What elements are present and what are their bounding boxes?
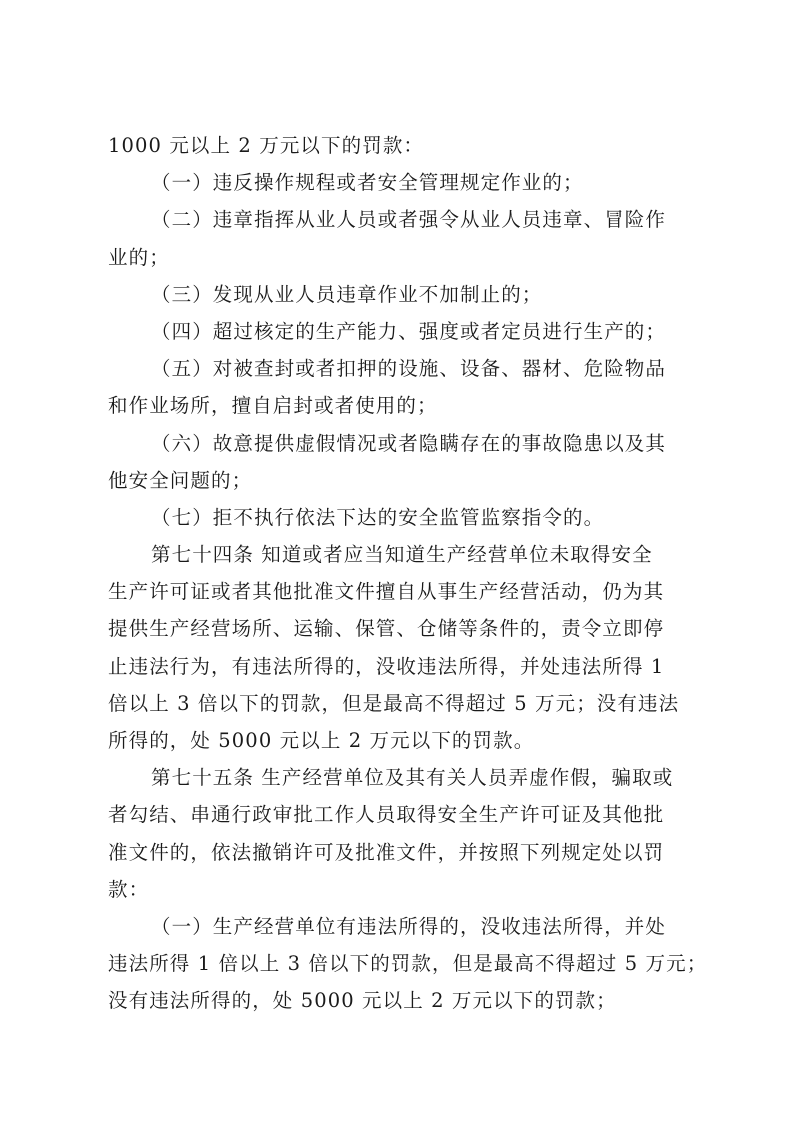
article-74-line-3: 提供生产经营场所、运输、保管、仓储等条件的，责令立即停 bbox=[108, 610, 690, 647]
list-item-7: （七）拒不执行依法下达的安全监管监察指令的。 bbox=[108, 499, 690, 536]
article-75-item-1-cont-1: 违法所得 1 倍以上 3 倍以下的罚款，但是最高不得超过 5 万元； bbox=[108, 945, 690, 982]
article-75-item-1-cont-2: 没有违法所得的，处 5000 元以上 2 万元以下的罚款； bbox=[108, 982, 690, 1019]
article-74-line-2: 生产许可证或者其他批准文件擅自从事生产经营活动，仍为其 bbox=[108, 573, 690, 610]
list-item-1: （一）违反操作规程或者安全管理规定作业的； bbox=[108, 164, 690, 201]
article-74-line-1: 第七十四条 知道或者应当知道生产经营单位未取得安全 bbox=[108, 536, 690, 573]
article-74-line-6: 所得的，处 5000 元以上 2 万元以下的罚款。 bbox=[108, 722, 690, 759]
article-75-line-4: 款： bbox=[108, 871, 690, 908]
article-75-line-1: 第七十五条 生产经营单位及其有关人员弄虚作假，骗取或 bbox=[108, 759, 690, 796]
article-74-line-5: 倍以上 3 倍以下的罚款，但是最高不得超过 5 万元；没有违法 bbox=[108, 685, 690, 722]
list-item-5: （五）对被查封或者扣押的设施、设备、器材、危险物品 bbox=[108, 350, 690, 387]
list-item-2-cont: 业的； bbox=[108, 239, 690, 276]
article-75-line-2: 者勾结、串通行政审批工作人员取得安全生产许可证及其他批 bbox=[108, 796, 690, 833]
list-item-5-cont: 和作业场所，擅自启封或者使用的； bbox=[108, 387, 690, 424]
article-75-line-3: 准文件的，依法撤销许可及批准文件，并按照下列规定处以罚 bbox=[108, 834, 690, 871]
text-line-continuation: 1000 元以上 2 万元以下的罚款： bbox=[108, 127, 690, 164]
list-item-4: （四）超过核定的生产能力、强度或者定员进行生产的； bbox=[108, 313, 690, 350]
document-page: 1000 元以上 2 万元以下的罚款： （一）违反操作规程或者安全管理规定作业的… bbox=[108, 127, 690, 1020]
article-74-line-4: 止违法行为，有违法所得的，没收违法所得，并处违法所得 1 bbox=[108, 648, 690, 685]
list-item-6-cont: 他安全问题的； bbox=[108, 462, 690, 499]
list-item-2: （二）违章指挥从业人员或者强令从业人员违章、冒险作 bbox=[108, 201, 690, 238]
article-75-item-1: （一）生产经营单位有违法所得的，没收违法所得，并处 bbox=[108, 908, 690, 945]
list-item-6: （六）故意提供虚假情况或者隐瞒存在的事故隐患以及其 bbox=[108, 425, 690, 462]
list-item-3: （三）发现从业人员违章作业不加制止的； bbox=[108, 276, 690, 313]
